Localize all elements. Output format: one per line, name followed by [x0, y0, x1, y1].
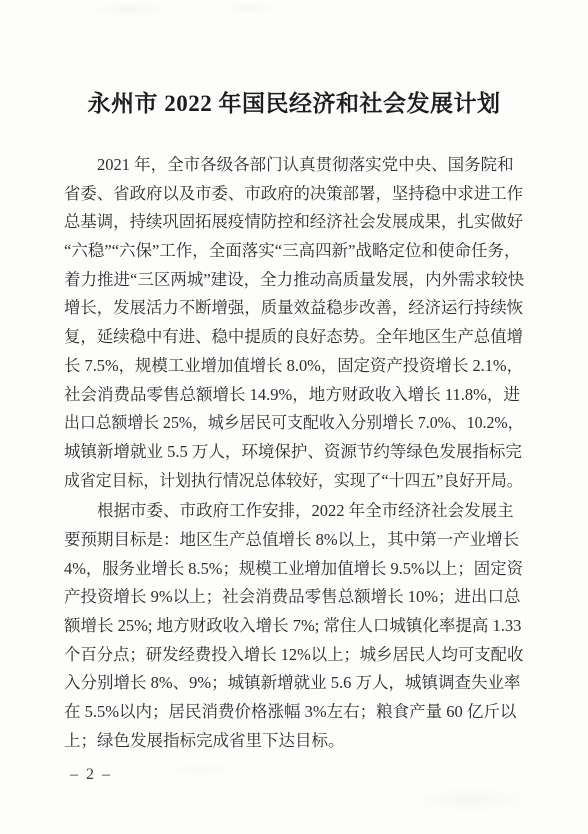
text-line: 个百分点；研发经费投入增长 12%以上；城乡居民人均可支配收 [64, 641, 519, 670]
text-line: 出口总额增长 25%，城乡居民可支配收入分别增长 7.0%、10.2%， [64, 409, 505, 438]
text-line: 省委、省政府以及市委、市政府的决策部署，坚持稳中求进工作 [64, 180, 520, 209]
text-line: 增长，发展活力不断增强，质量效益稳步改善，经济运行持续恢 [64, 294, 520, 323]
text-line: 根据市委、市政府工作安排，2022 年全市经济社会发展主 [64, 497, 523, 526]
text-line: 入分别增长 8%、9%；城镇新增就业 5.6 万人，城镇调查失业率 [64, 669, 523, 698]
page-number: – 2 – [70, 764, 112, 786]
text-line: 社会消费品零售总额增长 14.9%，地方财政收入增长 11.8%，进 [64, 381, 523, 410]
document-body: 2021 年，全市各级各部门认真贯彻落实党中央、国务院和 省委、省政府以及市委、… [64, 151, 523, 755]
paragraph-2022-targets: 根据市委、市政府工作安排，2022 年全市经济社会发展主 要预期目标是：地区生产… [64, 497, 523, 755]
text-line: 额增长 25%; 地方财政收入增长 7%; 常住人口城镇化率提高 1.33 [64, 612, 523, 641]
text-line: 上；绿色发展指标完成省里下达目标。 [64, 727, 523, 756]
paragraph-2021-review: 2021 年，全市各级各部门认真贯彻落实党中央、国务院和 省委、省政府以及市委、… [64, 151, 523, 495]
text-line: “六稳”“六保”工作，全面落实“三高四新”战略定位和使命任务， [64, 237, 523, 266]
text-line: 产投资增长 9%以上；社会消费品零售总额增长 10%；进出口总 [64, 583, 523, 612]
text-line: 在 5.5%以内；居民消费价格涨幅 3%左右；粮食产量 60 亿斤以 [64, 698, 523, 727]
text-line: 成省定目标，计划执行情况总体较好，实现了“十四五”良好开局。 [64, 467, 506, 496]
text-line: 城镇新增就业 5.5 万人，环境保护、资源节约等绿色发展指标完 [64, 438, 523, 467]
text-line: 着力推进“三区两城”建设，全力推动高质量发展，内外需求较快 [64, 266, 523, 295]
text-line: 复，延续稳中有进、稳中提质的良好态势。全年地区生产总值增 [64, 323, 520, 352]
document-title: 永州市 2022 年国民经济和社会发展计划 [0, 88, 588, 120]
text-line: 4%，服务业增长 8.5%；规模工业增加值增长 9.5%以上；固定资 [64, 555, 520, 584]
document-page: 永州市 2022 年国民经济和社会发展计划 2021 年，全市各级各部门认真贯彻… [0, 0, 588, 834]
text-line: 要预期目标是：地区生产总值增长 8%以上，其中第一产业增长 [64, 526, 523, 555]
text-line: 长 7.5%，规模工业增加值增长 8.0%，固定资产投资增长 2.1%， [64, 352, 520, 381]
text-line: 总基调，持续巩固拓展疫情防控和经济社会发展成果，扎实做好 [64, 208, 520, 237]
text-line: 2021 年，全市各级各部门认真贯彻落实党中央、国务院和 [64, 151, 523, 180]
